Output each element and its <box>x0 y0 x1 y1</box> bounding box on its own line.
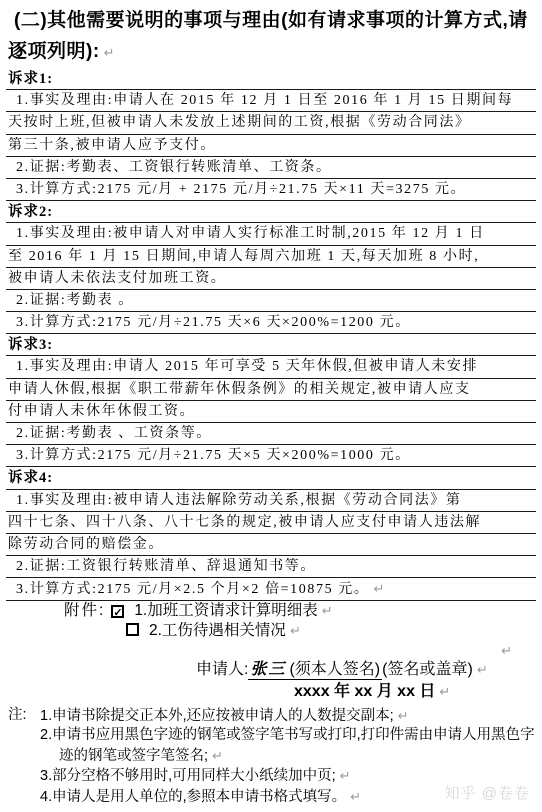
section-heading: (二)其他需要说明的事项与理由(如有请求事项的计算方式,请 逐项列明):↵ <box>0 0 542 68</box>
return-mark-icon: ↵ <box>435 684 450 699</box>
applicant-signature-row: 申请人:张三(须本人签名)(签名或盖章)↵ <box>196 659 542 681</box>
claim-4-calculation: 3.计算方式:2175 元/月×2.5 个月×2 倍=10875 元。↵ <box>6 578 536 600</box>
attachment-1-label: 1.加班工资请求计算明细表 <box>134 602 317 619</box>
heading-line-1: (二)其他需要说明的事项与理由(如有请求事项的计算方式,请 <box>8 5 534 36</box>
claim-2-evidence: 2.证据:考勤表 。 <box>6 290 536 312</box>
claims-form-area: 诉求1: 1.事实及理由:申请人在 2015 年 12 月 1 日至 2016 … <box>6 68 536 601</box>
return-mark-icon: ↵ <box>473 662 488 677</box>
checkbox-unchecked[interactable] <box>126 623 139 636</box>
claim-2-title: 诉求2: <box>6 201 536 223</box>
note-item-2: 2.申请书应用黑色字迹的钢笔或签字笔书写或打印,打印件需由申请人用黑色字迹的钢笔… <box>40 726 536 766</box>
claim-3-fact-line-2: 申请人休假,根据《职工带薪年休假条例》的相关规定,被申请人应支 <box>6 379 536 401</box>
claim-1-fact-line-1: 1.事实及理由:申请人在 2015 年 12 月 1 日至 2016 年 1 月… <box>6 90 536 112</box>
date-line: xxxx 年 xx 月 xx 日↵ <box>294 681 542 703</box>
signature-tail: (签名或盖章) <box>382 661 473 678</box>
return-mark-icon: ↵ <box>100 45 115 60</box>
signature-name-suffix: (须本人签名) <box>289 661 380 678</box>
claim-1-fact-line-3: 第三十条,被申请人应予支付。 <box>6 135 536 157</box>
claim-3-fact-line-1: 1.事实及理由:申请人 2015 年可享受 5 天年休假,但被申请人未安排 <box>6 356 536 378</box>
applicant-label: 申请人: <box>196 661 248 678</box>
document-page: (二)其他需要说明的事项与理由(如有请求事项的计算方式,请 逐项列明):↵ 诉求… <box>0 0 542 812</box>
claim-3-evidence: 2.证据:考勤表 、工资条等。 <box>6 423 536 445</box>
return-mark-icon: ↵ <box>497 643 512 658</box>
claim-3-calculation: 3.计算方式:2175 元/月÷21.75 天×5 天×200%=1000 元。 <box>6 445 536 467</box>
notes-label: 注: <box>8 706 40 808</box>
claim-4-fact-line-2: 四十七条、四十八条、八十七条的规定,被申请人应支付申请人违法解 <box>6 512 536 534</box>
return-mark-icon: ↵ <box>208 748 223 763</box>
claim-4-title: 诉求4: <box>6 467 536 489</box>
claim-3-fact-line-3: 付申请人未休年休假工资。 <box>6 401 536 423</box>
return-mark-icon: ↵ <box>286 623 301 638</box>
signature-name: 张三 <box>250 661 289 678</box>
claim-4-fact-line-1: 1.事实及理由:被申请人违法解除劳动关系,根据《劳动合同法》第 <box>6 490 536 512</box>
note-item-1: 1.申请书除提交正本外,还应按被申请人的人数提交副本;↵ <box>40 706 536 727</box>
claim-4-fact-line-3: 除劳动合同的赔偿金。 <box>6 534 536 556</box>
attachment-2-label: 2.工伤待遇相关情况 <box>149 622 286 639</box>
claim-2-calculation: 3.计算方式:2175 元/月÷21.75 天×6 天×200%=1200 元。 <box>6 312 536 334</box>
empty-paragraph: ↵ <box>0 642 542 659</box>
claim-2-fact-line-1: 1.事实及理由:被申请人对申请人实行标准工时制,2015 年 12 月 1 日 <box>6 223 536 245</box>
checkbox-checked[interactable]: ✓ <box>111 605 124 618</box>
return-mark-icon: ↵ <box>318 603 333 618</box>
claim-1-evidence: 2.证据:考勤表、工资银行转账清单、工资条。 <box>6 157 536 179</box>
claim-4-evidence: 2.证据:工资银行转账清单、辞退通知书等。 <box>6 556 536 578</box>
attachments-label: 附件: <box>64 602 105 619</box>
heading-line-2: 逐项列明):↵ <box>8 36 534 68</box>
return-mark-icon: ↵ <box>346 789 361 804</box>
signature-underline: 张三(须本人签名) <box>248 661 382 680</box>
claim-1-fact-line-2: 天按时上班,但被申请人未发放上述期间的工资,根据《劳动合同法》 <box>6 112 536 134</box>
attachment-row-2: 2.工伤待遇相关情况↵ <box>64 621 542 642</box>
return-mark-icon: ↵ <box>394 708 409 723</box>
attachment-row-1: 附件:✓1.加班工资请求计算明细表↵ <box>64 601 542 622</box>
claim-2-fact-line-2: 至 2016 年 1 月 15 日期间,申请人每周六加班 1 天,每天加班 8 … <box>6 246 536 268</box>
return-mark-icon: ↵ <box>369 581 386 596</box>
claim-3-title: 诉求3: <box>6 334 536 356</box>
return-mark-icon: ↵ <box>336 768 351 783</box>
claim-2-fact-line-3: 被申请人未依法支付加班工资。 <box>6 268 536 290</box>
attachments-section: 附件:✓1.加班工资请求计算明细表↵ 2.工伤待遇相关情况↵ <box>0 601 542 642</box>
claim-1-calculation: 3.计算方式:2175 元/月 + 2175 元/月÷21.75 天×11 天=… <box>6 179 536 201</box>
zhihu-watermark: 知乎 @卷卷 <box>445 782 530 803</box>
claim-1-title: 诉求1: <box>6 68 536 90</box>
